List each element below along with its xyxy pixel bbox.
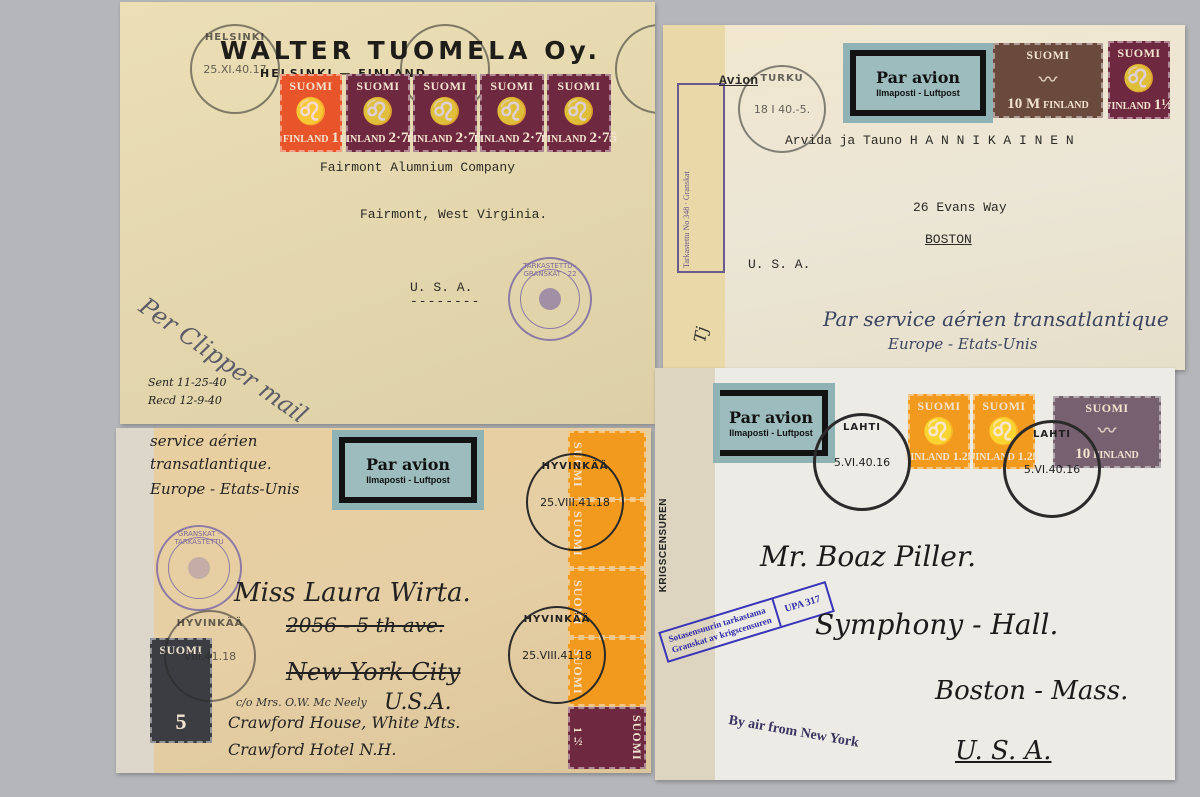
- airmail-title: Par avion: [366, 455, 450, 474]
- address-venue: Symphony - Hall.: [815, 608, 1058, 641]
- stamp-bottom: FINLAND: [541, 134, 587, 145]
- stamp-value: 10 M: [1007, 96, 1040, 113]
- stamp-lion-275: SUOMI ♌ FINLAND2·75: [346, 74, 410, 152]
- postmark: LAHTI 5.VI.40.16: [1003, 420, 1101, 518]
- postmark-date: 5.VI.40.16: [834, 456, 890, 469]
- cover-hannikainen: Tarkastettu No 348 · Granskat Tj Avion T…: [663, 25, 1185, 370]
- airmail-label: Par avion Ilmaposti - Luftpost: [332, 430, 484, 510]
- stamp-lion-1-5: SUOMI ♌ FINLAND1½: [1108, 41, 1170, 119]
- seal-text: GRANSKAT · TARKASTETTU: [158, 530, 240, 546]
- postmark-date: 18 I 40.-5.: [754, 103, 810, 116]
- address-name: Miss Laura Wirta.: [234, 578, 471, 608]
- handwritten-route-3: Europe - Etats-Unis: [150, 480, 299, 498]
- postmark-city: LAHTI: [1006, 429, 1098, 440]
- censor-seal: GRANSKAT · TARKASTETTU: [156, 525, 242, 611]
- address-city-struck: New York City: [286, 658, 460, 686]
- postmark: HYVINKÄÄ 25.VIII.41.18: [508, 606, 606, 704]
- postmark-date: 25.VIII.41.18: [540, 496, 610, 509]
- address-country: U. S. A.: [955, 736, 1052, 766]
- stamp-value: 5: [176, 709, 187, 735]
- stamp-value: 2·75: [590, 130, 618, 147]
- postmark-date: 25.VIII.41.18: [522, 649, 592, 662]
- postmark-city: HYVINKÄÄ: [166, 618, 254, 629]
- stamp-country: SUOMI: [917, 399, 960, 414]
- stamp-lion-275: SUOMI ♌ FINLAND2·75: [480, 74, 544, 152]
- stamp-country: SUOMI: [1117, 46, 1160, 61]
- address-line: Fairmont Alumnium Company: [320, 160, 515, 175]
- airmail-title: Par avion: [876, 68, 960, 87]
- postmark-date: 5.VI.40.16: [1024, 463, 1080, 476]
- postmark-city: TURKU: [740, 73, 824, 84]
- lion-icon: ♌: [1123, 66, 1155, 92]
- cover-laura-wirta: service aérien transatlantique. Europe -…: [116, 428, 651, 773]
- stamp-country: SUOMI: [490, 79, 533, 94]
- lion-icon: ♌: [295, 99, 327, 125]
- stamp-bottom: FINLAND: [1043, 100, 1089, 111]
- handwritten-route-2: transatlantique.: [150, 455, 272, 473]
- address-underline: --------: [410, 294, 480, 309]
- stamp-bottom: FINLAND: [407, 134, 453, 145]
- seal-text: TARKASTETTU · GRANSKAT · 22: [510, 262, 590, 278]
- censor-initials: Tj: [690, 325, 711, 344]
- lion-icon: ♌: [923, 419, 955, 445]
- lion-icon: ♌: [563, 99, 595, 125]
- stamp-lion-275: SUOMI ♌ FINLAND2·75: [413, 74, 477, 152]
- stamp-bottom: FINLAND: [340, 134, 386, 145]
- censor-tape: [116, 428, 154, 773]
- address-name: Arvida ja Tauno H A N N I K A I N E N: [785, 133, 1074, 148]
- stamp-bottom: FINLAND: [474, 134, 520, 145]
- airmail-subtitle: Ilmaposti - Luftpost: [729, 428, 813, 438]
- censor-tape-label: KRIGSCENSUREN: [658, 498, 669, 592]
- address-street-struck: 2056 - 5 th ave.: [286, 613, 444, 637]
- cover-boaz-piller: KRIGSCENSUREN Par avion Ilmaposti - Luft…: [655, 368, 1175, 780]
- stamp-country: SUOMI: [1085, 401, 1128, 416]
- received-note: Recd 12-9-40: [148, 394, 222, 407]
- stamp-lion-275: SUOMI ♌ FINLAND2·75: [547, 74, 611, 152]
- stamp-lion-1m: SUOMI ♌ FINLAND1: [280, 74, 342, 152]
- postmark-machine: [615, 24, 655, 114]
- postmark: HYVINKÄÄ VIII.41.18: [164, 610, 256, 702]
- landscape-icon: 〰: [1039, 71, 1057, 89]
- address-city: BOSTON: [925, 232, 972, 247]
- stamp-country: SUOMI: [356, 79, 399, 94]
- address-name: Mr. Boaz Piller.: [760, 540, 976, 573]
- address-line: U. S. A.: [410, 280, 472, 295]
- postmark-date: VIII.41.18: [184, 650, 236, 663]
- seal-ring: [168, 537, 230, 599]
- airmail-title: Par avion: [729, 408, 813, 427]
- stamp-value: 1½: [570, 727, 585, 749]
- stamp-value: 1: [332, 130, 340, 147]
- address-city: Boston - Mass.: [935, 676, 1128, 706]
- airmail-label: Par avion Ilmaposti - Luftpost: [843, 43, 993, 123]
- stamp-lion-125: SUOMI ♌ FINLAND1.25: [908, 394, 970, 469]
- address-line: Fairmont, West Virginia.: [360, 207, 547, 222]
- stamp-lion-1-5: 1½ SUOMI: [568, 707, 646, 769]
- letterhead: WALTER TUOMELA Oy.: [220, 36, 601, 65]
- sent-note: Sent 11-25-40: [148, 376, 226, 389]
- handwritten-route: Par service aérien transatlantique: [823, 307, 1169, 331]
- address-country: U.S.A.: [384, 690, 452, 715]
- stamp-country: SUOMI: [629, 715, 644, 761]
- stamp-country: SUOMI: [423, 79, 466, 94]
- censor-box-stamp: Tarkastettu No 348 · Granskat: [677, 83, 725, 273]
- address-country: U. S. A.: [748, 257, 810, 272]
- airmail-subtitle: Ilmaposti - Luftpost: [876, 88, 960, 98]
- stamp-bottom: FINLAND: [1105, 101, 1151, 112]
- postmark: LAHTI 5.VI.40.16: [813, 413, 911, 511]
- handwritten-route-2: Europe - Etats-Unis: [888, 335, 1037, 353]
- cover-walter-tuomela: HELSINKI 25.XI.40.17 WALTER TUOMELA Oy. …: [120, 2, 655, 424]
- postmark-city: HYVINKÄÄ: [510, 614, 604, 625]
- lion-icon: ♌: [496, 99, 528, 125]
- stamp-bottom: FINLAND: [283, 134, 329, 145]
- handwritten-route-1: service aérien: [150, 432, 257, 450]
- stamp-country: SUOMI: [982, 399, 1025, 414]
- postmark: HYVINKÄÄ 25.VIII.41.18: [526, 453, 624, 551]
- stamp-country: SUOMI: [289, 79, 332, 94]
- stamp-bottom: FINLAND: [904, 452, 950, 463]
- stamp-country: SUOMI: [557, 79, 600, 94]
- stamp-landscape-10m: SUOMI 〰 10 MFINLAND: [993, 43, 1103, 118]
- lion-icon: ♌: [362, 99, 394, 125]
- stamp-value: 1½: [1154, 97, 1173, 114]
- landscape-icon: 〰: [1098, 422, 1116, 440]
- forwarding-line: Crawford House, White Mts.: [228, 713, 460, 732]
- postmark-city: LAHTI: [816, 422, 908, 433]
- lion-icon: ♌: [429, 99, 461, 125]
- airmail-subtitle: Ilmaposti - Luftpost: [366, 475, 450, 485]
- cachet: By air from New York: [727, 713, 860, 752]
- seal-ring: [520, 269, 580, 329]
- forwarding-line: c/o Mrs. O.W. Mc Neely: [236, 696, 367, 709]
- address-street: 26 Evans Way: [913, 200, 1007, 215]
- postmark-city: HYVINKÄÄ: [528, 461, 622, 472]
- stamp-country: SUOMI: [1026, 48, 1069, 63]
- censor-seal: TARKASTETTU · GRANSKAT · 22: [508, 257, 592, 341]
- forwarding-line: Crawford Hotel N.H.: [228, 740, 396, 759]
